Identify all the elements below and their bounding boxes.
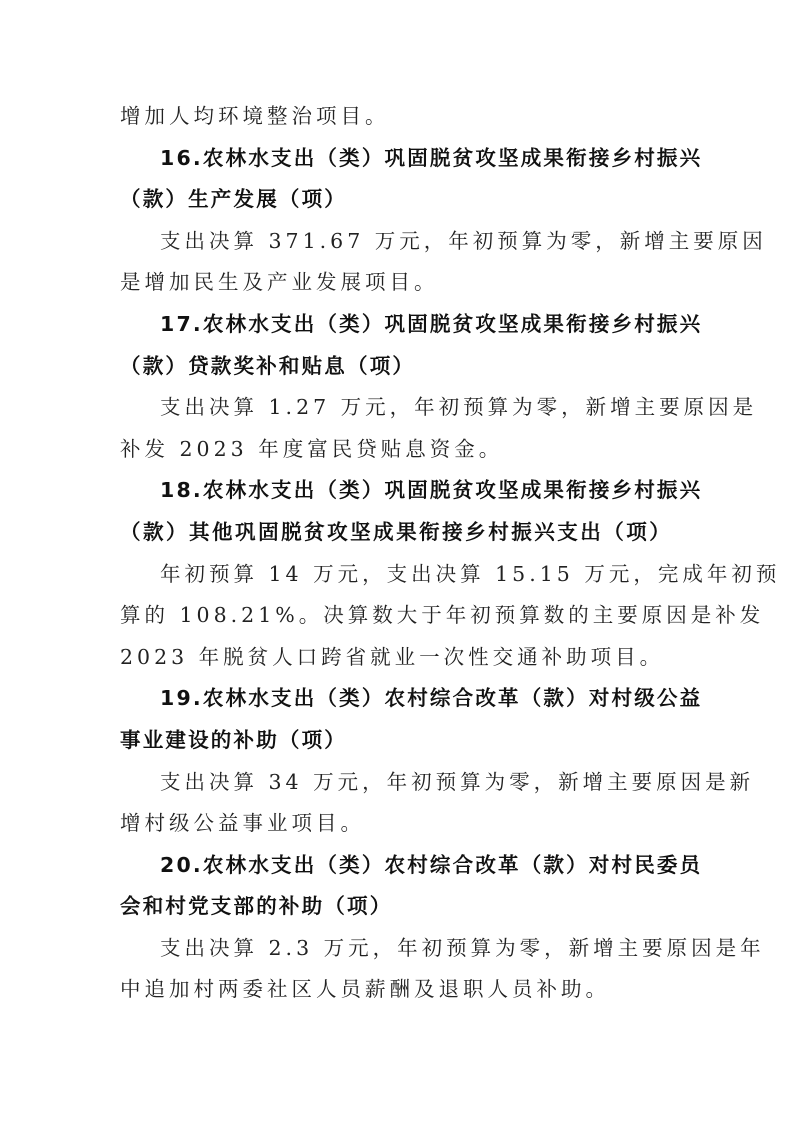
paragraph-line: 支出决算 371.67 万元，年初预算为零，新增主要原因 [120,221,672,263]
paragraph-line: 是增加民生及产业发展项目。 [120,262,672,304]
section-heading-17-cont: （款）贷款奖补和贴息（项） [120,346,672,388]
section-heading-18-cont: （款）其他巩固脱贫攻坚成果衔接乡村振兴支出（项） [120,512,672,554]
paragraph-line: 支出决算 2.3 万元，年初预算为零，新增主要原因是年 [120,928,672,970]
paragraph-line: 增加人均环境整治项目。 [120,96,672,138]
section-heading-16: 16.农林水支出（类）巩固脱贫攻坚成果衔接乡村振兴 [120,138,672,180]
paragraph-line: 2023 年脱贫人口跨省就业一次性交通补助项目。 [120,637,672,679]
section-heading-20-cont: 会和村党支部的补助（项） [120,886,672,928]
paragraph-line: 年初预算 14 万元，支出决算 15.15 万元，完成年初预 [120,554,672,596]
section-heading-19: 19.农林水支出（类）农村综合改革（款）对村级公益 [120,678,672,720]
paragraph-line: 中追加村两委社区人员薪酬及退职人员补助。 [120,969,672,1011]
document-page: 增加人均环境整治项目。 16.农林水支出（类）巩固脱贫攻坚成果衔接乡村振兴 （款… [120,96,672,1011]
paragraph-line: 算的 108.21%。决算数大于年初预算数的主要原因是补发 [120,595,672,637]
section-heading-20: 20.农林水支出（类）农村综合改革（款）对村民委员 [120,845,672,887]
section-heading-19-cont: 事业建设的补助（项） [120,720,672,762]
paragraph-line: 补发 2023 年度富民贷贴息资金。 [120,429,672,471]
paragraph-line: 增村级公益事业项目。 [120,803,672,845]
section-heading-17: 17.农林水支出（类）巩固脱贫攻坚成果衔接乡村振兴 [120,304,672,346]
section-heading-18: 18.农林水支出（类）巩固脱贫攻坚成果衔接乡村振兴 [120,470,672,512]
section-heading-16-cont: （款）生产发展（项） [120,179,672,221]
paragraph-line: 支出决算 1.27 万元，年初预算为零，新增主要原因是 [120,387,672,429]
paragraph-line: 支出决算 34 万元，年初预算为零，新增主要原因是新 [120,762,672,804]
